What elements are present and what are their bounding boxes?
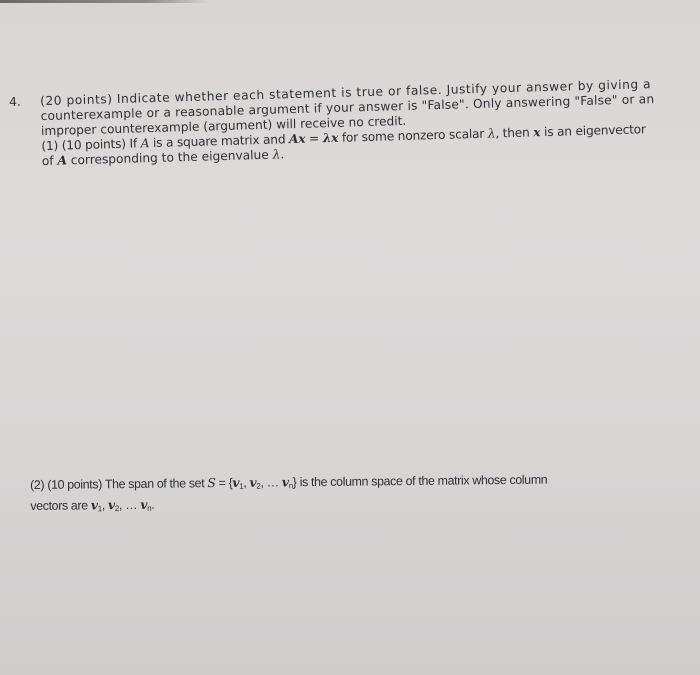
part-2-statement: (2) (10 points) The span of the set S = … (30, 469, 690, 518)
question-number: 4. (9, 95, 21, 111)
desk-edge-shadow (0, 0, 210, 3)
